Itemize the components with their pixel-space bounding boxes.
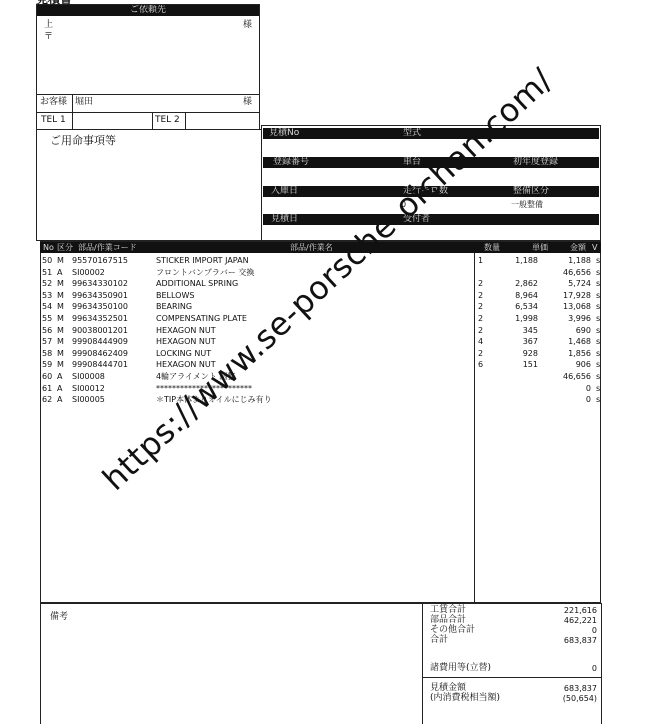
- cell-amount: 0: [546, 394, 591, 405]
- cell-no: 54: [42, 301, 52, 312]
- recipient-honorific: 様: [243, 20, 252, 31]
- cell-amount: 3,996: [546, 313, 591, 324]
- cell-code: 99908444701: [72, 359, 128, 370]
- cell-flag: s: [596, 313, 600, 324]
- cell-type: M: [57, 359, 64, 370]
- cell-amount: 46,656: [546, 267, 591, 278]
- cell-name: HEXAGON NUT: [156, 325, 216, 336]
- cell-qty: 2: [478, 348, 483, 359]
- cell-amount: 5,724: [546, 278, 591, 289]
- cell-qty: 6: [478, 359, 483, 370]
- cell-flag: s: [596, 325, 600, 336]
- cell-unit: 1,188: [510, 255, 538, 266]
- cell-code: 95570167515: [72, 255, 128, 266]
- cell-name: HEXAGON NUT: [156, 336, 216, 347]
- cell-no: 57: [42, 336, 52, 347]
- cell-amount: 906: [546, 359, 591, 370]
- cell-flag: s: [596, 278, 600, 289]
- cell-no: 51: [42, 267, 52, 278]
- cell-code: 90038001201: [72, 325, 128, 336]
- cell-amount: 1,468: [546, 336, 591, 347]
- table-row: 59M99908444701HEXAGON NUT6151906s: [42, 359, 601, 370]
- cell-qty: 2: [478, 278, 483, 289]
- table-row: 61ASI00012************************0s: [42, 383, 601, 394]
- cell-qty: 2: [478, 313, 483, 324]
- cell-no: 55: [42, 313, 52, 324]
- cell-flag: s: [596, 383, 600, 394]
- cell-no: 59: [42, 359, 52, 370]
- cell-unit: 6,534: [510, 301, 538, 312]
- cell-code: 99634330102: [72, 278, 128, 289]
- total-tax-label: (内消費税相当額): [430, 693, 500, 704]
- cell-type: M: [57, 325, 64, 336]
- requests-label: ご用命事項等: [50, 135, 116, 146]
- cell-qty: 1: [478, 255, 483, 266]
- cell-code: SI00012: [72, 383, 105, 394]
- table-header: No 区分 部品/作業コード 部品/作業名 数量 単価 金額 V: [40, 242, 601, 253]
- cell-flag: s: [596, 290, 600, 301]
- recipient-postal: 〒: [44, 32, 53, 43]
- total-tax-value: (50,654): [530, 693, 597, 704]
- cell-type: A: [57, 371, 62, 382]
- cell-code: SI00008: [72, 371, 105, 382]
- cell-no: 60: [42, 371, 52, 382]
- cell-no: 61: [42, 383, 52, 394]
- cell-type: A: [57, 394, 62, 405]
- table-row: 60ASI000084輪アライメント 調整46,656s: [42, 371, 601, 382]
- cell-name: BEARING: [156, 301, 192, 312]
- cell-code: 99634350901: [72, 290, 128, 301]
- cell-amount: 690: [546, 325, 591, 336]
- cell-no: 58: [42, 348, 52, 359]
- customer-label: お客様: [40, 97, 67, 108]
- cell-flag: s: [596, 267, 600, 278]
- cell-flag: s: [596, 301, 600, 312]
- cell-flag: s: [596, 255, 600, 266]
- cell-code: 99634350100: [72, 301, 128, 312]
- table-row: 58M99908462409LOCKING NUT29281,856s: [42, 348, 601, 359]
- cell-type: M: [57, 255, 64, 266]
- cell-code: SI00002: [72, 267, 105, 278]
- cell-type: A: [57, 383, 62, 394]
- total-sum-value: 683,837: [530, 635, 597, 646]
- cell-name: STICKER IMPORT JAPAN: [156, 255, 249, 266]
- cell-qty: 2: [478, 325, 483, 336]
- customer-honorific: 様: [243, 97, 252, 108]
- remarks-label: 備考: [50, 612, 68, 623]
- cell-type: M: [57, 278, 64, 289]
- cell-code: 99634352501: [72, 313, 128, 324]
- cell-unit: 151: [510, 359, 538, 370]
- table-row: 55M99634352501COMPENSATING PLATE21,9983,…: [42, 313, 601, 324]
- cell-code: 99908462409: [72, 348, 128, 359]
- cell-amount: 46,656: [546, 371, 591, 382]
- cell-type: M: [57, 313, 64, 324]
- cell-no: 52: [42, 278, 52, 289]
- cell-name: BELLOWS: [156, 290, 194, 301]
- cell-flag: s: [596, 348, 600, 359]
- cell-unit: 8,964: [510, 290, 538, 301]
- service-type-value: 一般整備: [511, 199, 543, 210]
- cell-type: M: [57, 348, 64, 359]
- cell-unit: 2,862: [510, 278, 538, 289]
- tel1-label: TEL 1: [41, 115, 66, 126]
- cell-type: M: [57, 290, 64, 301]
- cell-no: 62: [42, 394, 52, 405]
- table-row: 56M90038001201HEXAGON NUT2345690s: [42, 325, 601, 336]
- cell-no: 56: [42, 325, 52, 336]
- cell-code: 99908444909: [72, 336, 128, 347]
- cell-unit: 928: [510, 348, 538, 359]
- tel2-label: TEL 2: [155, 115, 180, 126]
- cell-unit: 345: [510, 325, 538, 336]
- cell-flag: s: [596, 394, 600, 405]
- cell-amount: 17,928: [546, 290, 591, 301]
- customer-name: 堀田: [75, 97, 93, 108]
- cell-code: SI00005: [72, 394, 105, 405]
- cell-flag: s: [596, 336, 600, 347]
- cell-qty: 2: [478, 301, 483, 312]
- info-band-1: 見積No 型式: [263, 128, 599, 139]
- table-row: 62ASI00005＊TIP本体よりオイルにじみ有り0s: [42, 394, 601, 405]
- cell-name: フロントバンプラバー 交換: [156, 267, 254, 278]
- cell-unit: 367: [510, 336, 538, 347]
- cell-amount: 13,068: [546, 301, 591, 312]
- total-sum-label: 合計: [430, 635, 448, 646]
- cell-unit: 1,998: [510, 313, 538, 324]
- cell-name: ADDITIONAL SPRING: [156, 278, 238, 289]
- cell-qty: 2: [478, 290, 483, 301]
- total-fees-value: 0: [530, 663, 597, 674]
- cell-type: M: [57, 301, 64, 312]
- table-row: 57M99908444909HEXAGON NUT43671,468s: [42, 336, 601, 347]
- cell-amount: 0: [546, 383, 591, 394]
- cell-no: 50: [42, 255, 52, 266]
- cell-flag: s: [596, 359, 600, 370]
- cell-type: A: [57, 267, 62, 278]
- cell-name: COMPENSATING PLATE: [156, 313, 247, 324]
- cell-amount: 1,188: [546, 255, 591, 266]
- cell-amount: 1,856: [546, 348, 591, 359]
- recipient-line1: 上: [44, 20, 53, 31]
- recipient-band: ご依頼先: [37, 5, 259, 16]
- cell-qty: 4: [478, 336, 483, 347]
- cell-no: 53: [42, 290, 52, 301]
- cell-flag: s: [596, 371, 600, 382]
- total-fees-label: 諸費用等(立替): [430, 663, 491, 674]
- cell-type: M: [57, 336, 64, 347]
- cell-name: LOCKING NUT: [156, 348, 211, 359]
- info-band-4: 見積日 受付者: [263, 214, 599, 225]
